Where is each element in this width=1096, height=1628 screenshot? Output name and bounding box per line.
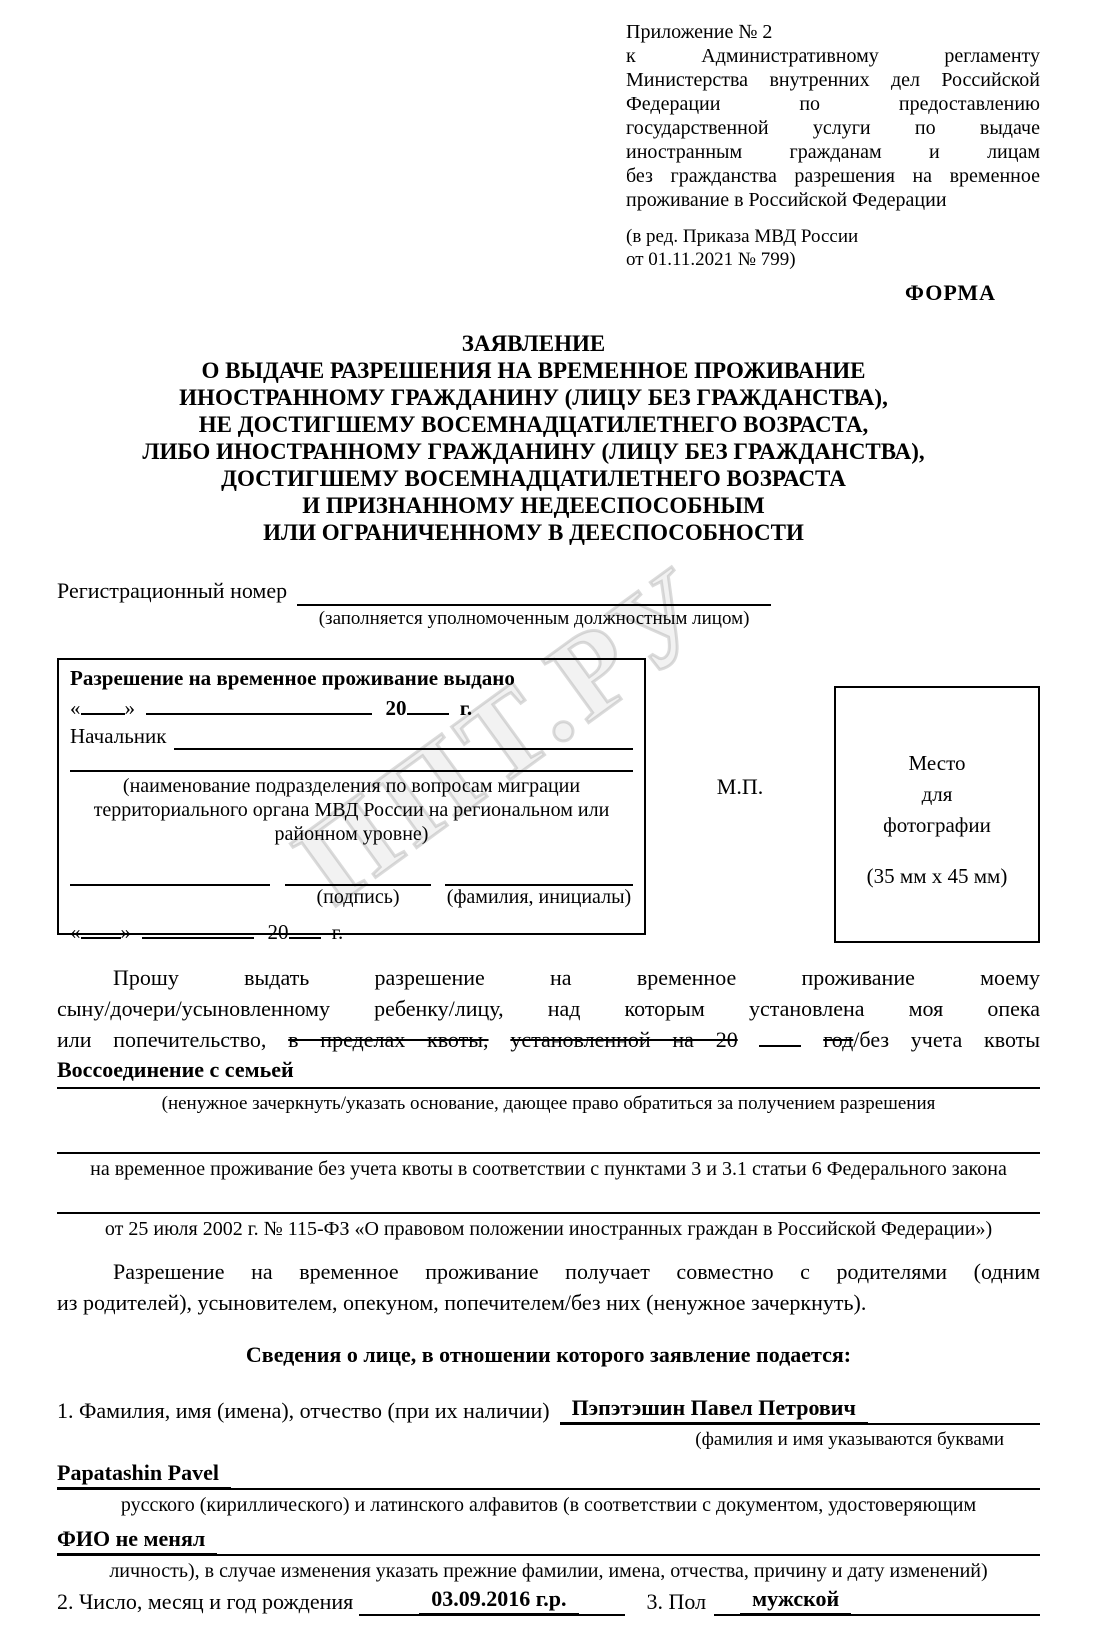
quota-text: или попечительство,: [57, 1027, 266, 1052]
edition-line: от 01.11.2021 № 799): [626, 248, 1040, 271]
permit-date-line: «» 20 г.: [70, 691, 633, 722]
edition-line: (в ред. Приказа МВД России: [626, 225, 1040, 248]
ruled-line: [714, 1610, 740, 1616]
request-line: Прошу выдать разрешение на временное про…: [57, 962, 1040, 993]
appendix-line: иностранным гражданам и лицам: [626, 140, 1040, 164]
photo-box-line: Место: [836, 748, 1038, 779]
name-change-value: ФИО не менял: [57, 1526, 217, 1556]
name-change-row: ФИО не менял: [57, 1526, 1040, 1556]
ruled-line: [868, 1419, 1040, 1425]
struck-quota-text: установленной на 20: [510, 1027, 737, 1052]
appendix-line: Министерства внутренних дел Российской: [626, 68, 1040, 92]
name-change-caption: личность), в случае изменения указать пр…: [57, 1560, 1040, 1583]
title-line: ИЛИ ОГРАНИЧЕННОМУ В ДЕЕСПОСОБНОСТИ: [57, 519, 1010, 546]
ruled-line: [297, 578, 771, 606]
quote-close: »: [125, 696, 136, 720]
surname-blank: [445, 866, 633, 886]
edition-note: (в ред. Приказа МВД России от 01.11.2021…: [626, 225, 1040, 271]
quote-open: «: [70, 920, 81, 944]
permit-issued-box: Разрешение на временное проживание выдан…: [57, 658, 646, 935]
ruled-line: [217, 1550, 1040, 1556]
day-blank: [81, 691, 125, 715]
ruled-line: [174, 744, 633, 750]
ruled-line: [359, 1610, 419, 1616]
official-marks-row: Разрешение на временное проживание выдан…: [57, 658, 1040, 943]
title-line: ЗАЯВЛЕНИЕ: [57, 330, 1010, 357]
chief-line: Начальник: [70, 722, 633, 750]
latin-name-value: Papatashin Pavel: [57, 1460, 231, 1490]
photo-box-line: фотографии: [836, 810, 1038, 841]
ruled-line: [57, 1115, 1040, 1154]
birth-gender-row: 2. Число, месяц и год рождения 03.09.201…: [57, 1586, 1040, 1616]
title-line: НЕ ДОСТИГШЕМУ ВОСЕМНАДЦАТИЛЕТНЕГО ВОЗРАС…: [57, 411, 1010, 438]
joint-line: Разрешение на временное проживание получ…: [57, 1256, 1040, 1287]
registration-number-caption: (заполняется уполномоченным должностным …: [297, 608, 771, 630]
title-line: О ВЫДАЧЕ РАЗРЕШЕНИЯ НА ВРЕМЕННОЕ ПРОЖИВА…: [57, 357, 1010, 384]
ruled-line: [579, 1610, 625, 1616]
month-blank: [142, 915, 254, 939]
department-caption-line: территориального органа МВД России на ре…: [70, 798, 633, 822]
name-field-value: Пэпэтэшин Павел Петрович: [560, 1395, 868, 1425]
ruled-line: [70, 866, 270, 886]
appendix-line: к Административному регламенту: [626, 44, 1040, 68]
quote-open: «: [70, 696, 81, 720]
name-field-label: 1. Фамилия, имя (имена), отчество (при и…: [57, 1397, 550, 1425]
request-line: сыну/дочери/усыновленному ребенку/лицу, …: [57, 993, 1040, 1024]
basis-caption-3: от 25 июля 2002 г. № 115-ФЗ «О правовом …: [57, 1218, 1040, 1241]
birth-date-label: 2. Число, месяц и год рождения: [57, 1588, 353, 1616]
year-blank: [407, 691, 449, 715]
registration-number-label: Регистрационный номер: [57, 578, 287, 630]
appendix-header: Приложение № 2 к Административному регла…: [626, 20, 1040, 212]
registration-number-field: (заполняется уполномоченным должностным …: [297, 578, 771, 630]
day-blank: [81, 915, 121, 939]
struck-quota-text: в пределах квоты,: [288, 1027, 488, 1052]
year-prefix: 20: [268, 920, 289, 944]
year-suffix: г.: [332, 920, 344, 944]
form-label: ФОРМА: [57, 280, 1040, 306]
document-title: ЗАЯВЛЕНИЕ О ВЫДАЧЕ РАЗРЕШЕНИЯ НА ВРЕМЕНН…: [57, 330, 1010, 546]
gender-label: 3. Пол: [647, 1588, 707, 1616]
appendix-line: государственной услуги по выдаче: [626, 116, 1040, 140]
ruled-line: [231, 1484, 1040, 1490]
title-line: И ПРИЗНАННОМУ НЕДЕЕСПОСОБНЫМ: [57, 492, 1010, 519]
basis-value: Воссоединение с семьей: [57, 1057, 294, 1082]
latin-name-caption: русского (кириллического) и латинского а…: [57, 1494, 1040, 1517]
struck-quota-text: год: [823, 1027, 853, 1052]
department-caption: (наименование подразделения по вопросам …: [70, 774, 633, 846]
name-field-row: 1. Фамилия, имя (имена), отчество (при и…: [57, 1395, 1040, 1425]
signature-captions-row: (подпись) (фамилия, инициалы): [70, 886, 633, 909]
appendix-line: без гражданства разрешения на временное: [626, 164, 1040, 188]
application-form-page: ППТ.РУ Приложение № 2 к Административном…: [0, 0, 1096, 1628]
surname-caption: (фамилия, инициалы): [445, 886, 633, 909]
person-info-heading: Сведения о лице, в отношении которого за…: [57, 1341, 1040, 1369]
gender-value: мужской: [740, 1586, 851, 1616]
joint-paragraph: Разрешение на временное проживание получ…: [57, 1256, 1040, 1318]
name-field-caption: (фамилия и имя указываются буквами: [57, 1429, 1040, 1451]
title-line: ИНОСТРАННОМУ ГРАЖДАНИНУ (ЛИЦУ БЕЗ ГРАЖДА…: [57, 384, 1010, 411]
signature-blanks-row: [70, 866, 633, 886]
basis-caption-1: (ненужное зачеркнуть/указать основание, …: [57, 1093, 1040, 1115]
department-caption-line: (наименование подразделения по вопросам …: [70, 774, 633, 798]
permit-box-heading: Разрешение на временное проживание выдан…: [70, 665, 633, 691]
registration-number-row: Регистрационный номер (заполняется уполн…: [57, 578, 1040, 630]
title-line: ЛИБО ИНОСТРАННОМУ ГРАЖДАНИНУ (ЛИЦУ БЕЗ Г…: [57, 438, 1010, 465]
birth-date-value: 03.09.2016 г.р.: [419, 1586, 578, 1616]
ruled-line: [70, 750, 633, 772]
title-line: ДОСТИГШЕМУ ВОСЕМНАДЦАТИЛЕТНЕГО ВОЗРАСТА: [57, 465, 1010, 492]
year-blank: [289, 915, 321, 939]
signature-caption: (подпись): [285, 886, 431, 909]
signature-blank: [285, 866, 431, 886]
chief-label: Начальник: [70, 722, 166, 750]
appendix-line: Приложение № 2: [626, 20, 1040, 44]
month-blank: [146, 691, 372, 715]
bottom-date-line: «» 20 г.: [70, 915, 633, 946]
appendix-line: Федерации по предоставлению: [626, 92, 1040, 116]
appendix-line: проживание в Российской Федерации: [626, 188, 1040, 212]
year-prefix: 20: [386, 696, 407, 720]
basis-field: Воссоединение с семьей: [57, 1057, 1040, 1089]
department-caption-line: районном уровне): [70, 822, 633, 846]
photo-placeholder-box: Место для фотографии (35 мм x 45 мм): [834, 686, 1040, 943]
request-line-quota: или попечительство, в пределах квоты, ус…: [57, 1024, 1040, 1055]
quote-close: »: [121, 920, 132, 944]
photo-box-line: для: [836, 779, 1038, 810]
quota-text: /без учета квоты: [853, 1027, 1040, 1052]
ruled-line: [57, 1181, 1040, 1214]
year-suffix: г.: [460, 696, 472, 720]
latin-name-row: Papatashin Pavel: [57, 1460, 1040, 1490]
request-paragraph: Прошу выдать разрешение на временное про…: [57, 962, 1040, 1055]
basis-caption-2: на временное проживание без учета квоты …: [57, 1158, 1040, 1181]
photo-size-caption: (35 мм x 45 мм): [836, 861, 1038, 892]
year-blank: [759, 1025, 801, 1047]
ruled-line: [851, 1610, 1040, 1616]
stamp-place-label: М.П.: [646, 774, 834, 800]
joint-line: из родителей), усыновителем, опекуном, п…: [57, 1287, 1040, 1318]
